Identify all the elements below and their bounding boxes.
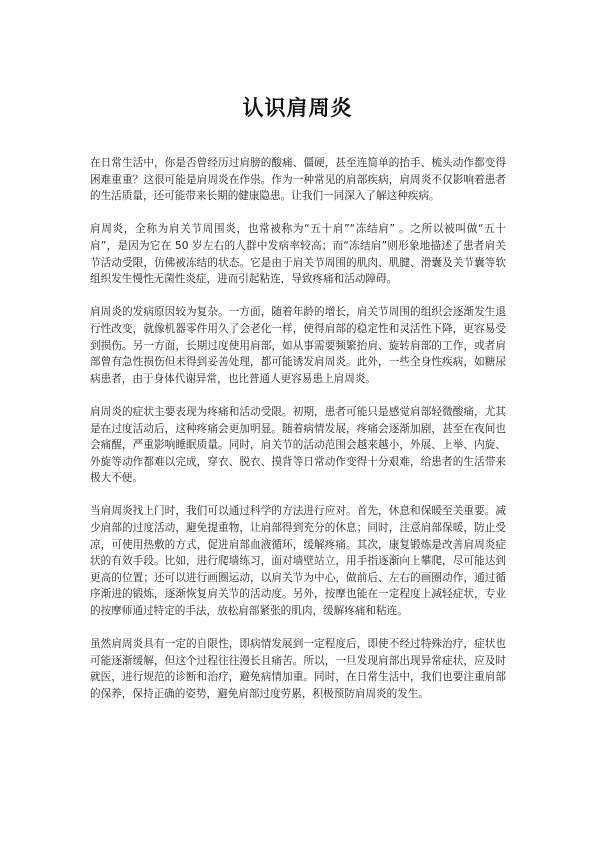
document-page: 认识肩周炎 在日常生活中，你是否曾经历过肩膀的酸痛、僵硬，甚至连简单的抬手、梳头…: [0, 0, 595, 841]
paragraph-symptoms: 肩周炎的症状主要表现为疼痛和活动受限。初期，患者可能只是感觉肩部轻微酸痛，尤其是…: [90, 404, 506, 487]
document-body: 在日常生活中，你是否曾经历过肩膀的酸痛、僵硬，甚至连简单的抬手、梳头动作都变得困…: [90, 155, 506, 719]
paragraph-intro: 在日常生活中，你是否曾经历过肩膀的酸痛、僵硬，甚至连简单的抬手、梳头动作都变得困…: [90, 155, 506, 205]
paragraph-causes: 肩周炎的发病原因较为复杂。一方面，随着年龄的增长，肩关节周围的组织会逐渐发生退行…: [90, 304, 506, 387]
paragraph-prevention: 虽然肩周炎具有一定的自限性，即病情发展到一定程度后，即使不经过特殊治疗，症状也可…: [90, 636, 506, 702]
paragraph-treatment: 当肩周炎找上门时，我们可以通过科学的方法进行应对。首先，休息和保暖至关重要。减少…: [90, 503, 506, 619]
paragraph-definition: 肩周炎，全称为肩关节周围炎，也常被称为“五十肩”“冻结肩” 。之所以被叫做“五十…: [90, 221, 506, 287]
page-title: 认识肩周炎: [0, 92, 595, 122]
